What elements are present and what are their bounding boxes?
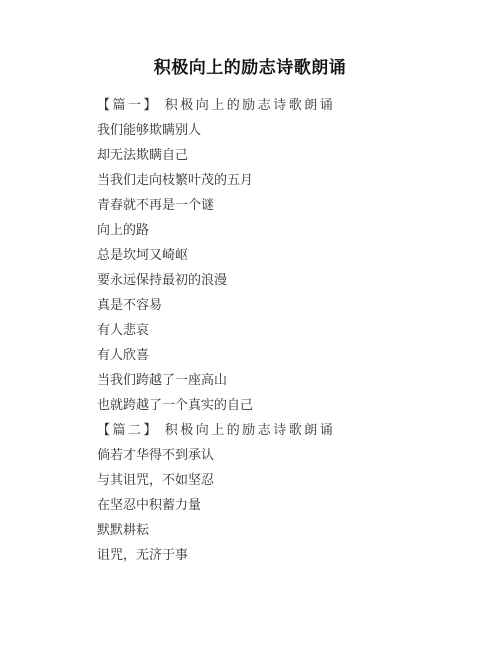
- poem-line: 默默耕耘: [0, 517, 500, 542]
- poem-line: 有人欣喜: [0, 342, 500, 367]
- poem-line: 诅咒，无济于事: [0, 542, 500, 567]
- document-body: 【篇一】 积极向上的励志诗歌朗诵 我们能够欺瞒别人 却无法欺瞒自己 当我们走向枝…: [0, 92, 500, 567]
- poem-line: 青春就不再是一个谜: [0, 192, 500, 217]
- poem-line: 当我们跨越了一座高山: [0, 367, 500, 392]
- poem-line: 与其诅咒，不如坚忍: [0, 467, 500, 492]
- document-page: 积极向上的励志诗歌朗诵 【篇一】 积极向上的励志诗歌朗诵 我们能够欺瞒别人 却无…: [0, 0, 500, 647]
- poem-line: 要永远保持最初的浪漫: [0, 267, 500, 292]
- section-1-header: 【篇一】 积极向上的励志诗歌朗诵: [0, 92, 500, 117]
- poem-line: 总是坎坷又崎岖: [0, 242, 500, 267]
- poem-line: 向上的路: [0, 217, 500, 242]
- poem-line: 真是不容易: [0, 292, 500, 317]
- section-2-header: 【篇二】 积极向上的励志诗歌朗诵: [0, 417, 500, 442]
- poem-line: 当我们走向枝繁叶茂的五月: [0, 167, 500, 192]
- poem-line: 有人悲哀: [0, 317, 500, 342]
- poem-line: 在坚忍中积蓄力量: [0, 492, 500, 517]
- poem-line: 倘若才华得不到承认: [0, 442, 500, 467]
- poem-line: 也就跨越了一个真实的自己: [0, 392, 500, 417]
- poem-line: 我们能够欺瞒别人: [0, 117, 500, 142]
- document-title: 积极向上的励志诗歌朗诵: [0, 0, 500, 78]
- poem-line: 却无法欺瞒自己: [0, 142, 500, 167]
